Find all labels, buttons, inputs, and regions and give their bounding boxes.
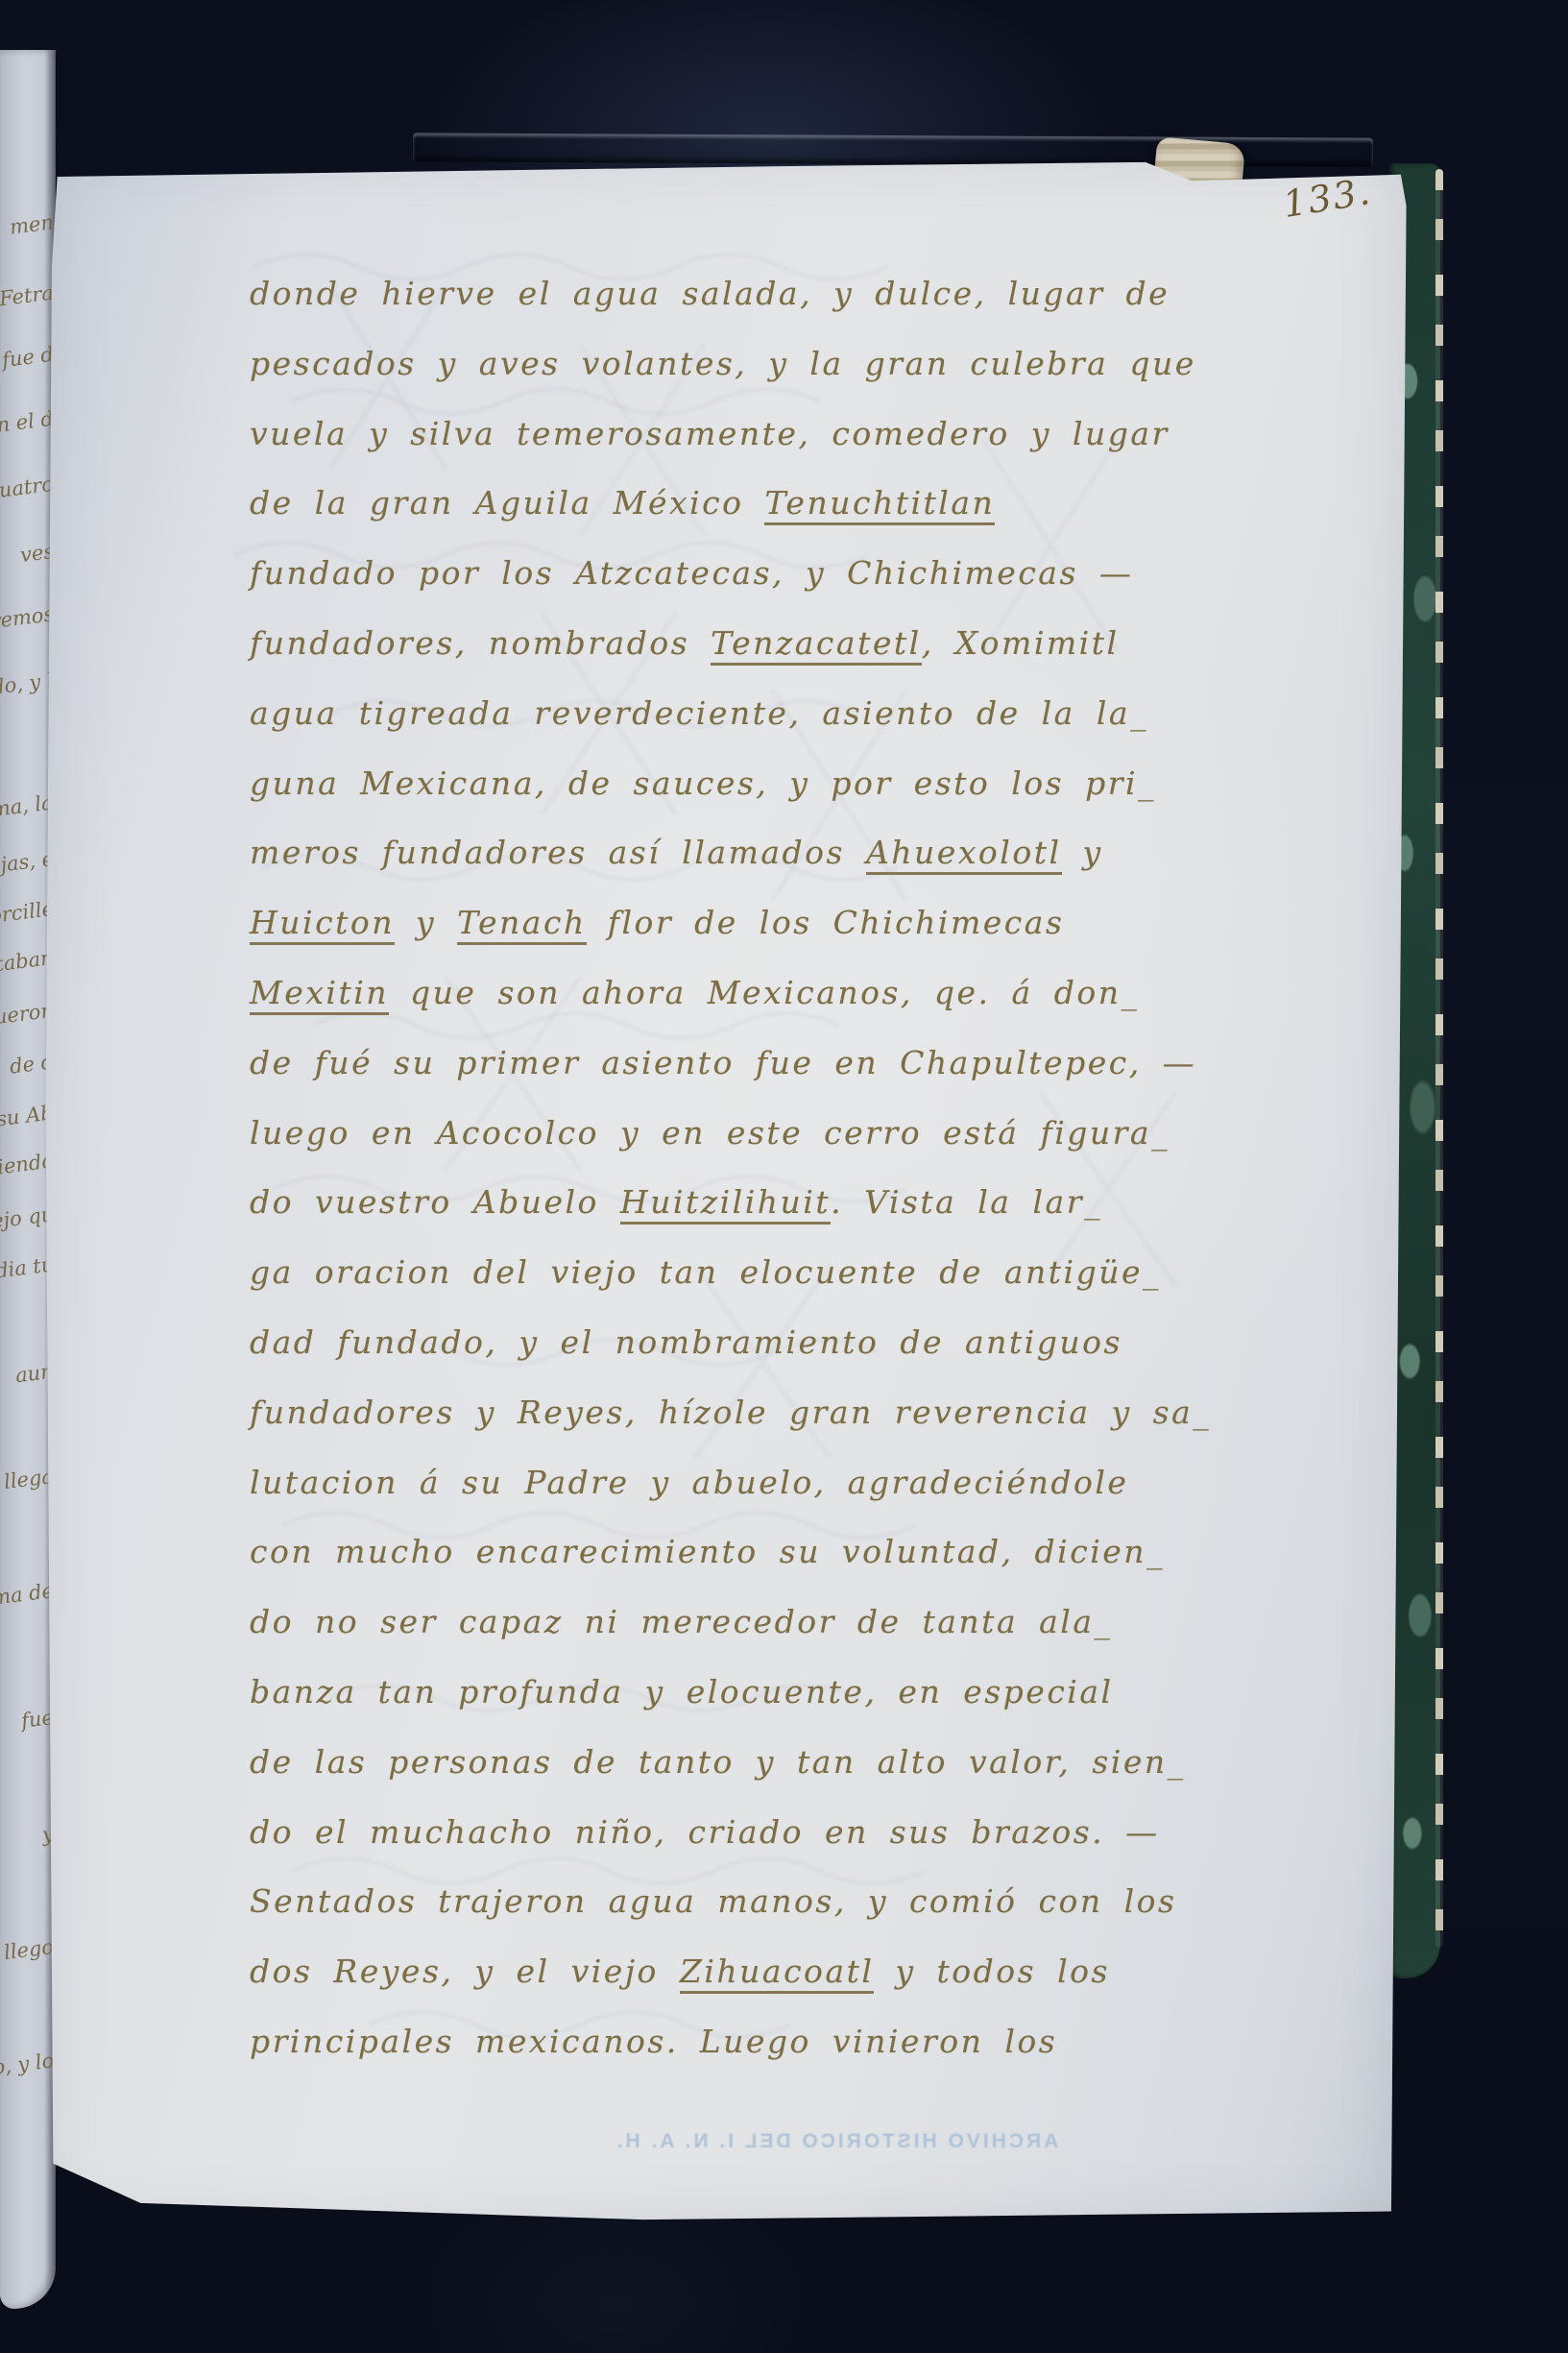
manuscript-line: pescados y aves volantes, y la gran cule… (250, 345, 1392, 415)
underlined-word: Ahuexolotl (866, 834, 1062, 875)
manuscript-line: do no ser capaz ni merecedor de tanta al… (250, 1603, 1392, 1673)
manuscript-line: dad fundado, y el nombramiento de antigu… (250, 1323, 1392, 1394)
manuscript-line: Sentados trajeron agua manos, y comió co… (250, 1882, 1392, 1953)
manuscript-line: do el muchacho niño, criado en sus brazo… (250, 1813, 1392, 1883)
edge-text-fragment: fue d (1, 343, 55, 372)
manuscript-line: lutacion á su Padre y abuelo, agradecién… (250, 1464, 1392, 1534)
manuscript-line: meros fundadores así llamados Ahuexolotl… (250, 834, 1392, 904)
manuscript-page: 133. donde hierve el agua salada, y dulc… (42, 152, 1408, 2230)
manuscript-line: do vuestro Abuelo Huitzilihuit. Vista la… (250, 1183, 1392, 1253)
edge-text-fragment: Fetra (0, 281, 55, 311)
edge-text-fragment: men (9, 210, 55, 238)
underlined-word: Tenzacatetl (711, 624, 922, 666)
edge-text-fragment: do, y l (0, 668, 55, 699)
manuscript-line: guna Mexicana, de sauces, y por esto los… (250, 764, 1392, 835)
manuscript-line: con mucho encarecimiento su voluntad, di… (250, 1533, 1392, 1603)
manuscript-line: de la gran Aguila México Tenuchtitlan (250, 484, 1392, 554)
underlined-word: Tenuchtitlan (764, 484, 995, 525)
text-block: donde hierve el agua salada, y dulce, lu… (250, 275, 1392, 2093)
manuscript-line: vuela y silva temerosamente, comedero y … (250, 415, 1392, 485)
manuscript-line: Huicton y Tenach flor de los Chichimecas (250, 904, 1392, 974)
edge-text-fragment: ma de (0, 1579, 55, 1610)
underlined-word: Huitzilihuit (620, 1183, 831, 1225)
manuscript-line: de las personas de tanto y tan alto valo… (250, 1743, 1392, 1813)
manuscript-line: de fué su primer asiento fue en Chapulte… (250, 1044, 1392, 1114)
manuscript-line: principales mexicanos. Luego vinieron lo… (250, 2023, 1392, 2093)
edge-text-fragment: dia tu (0, 1252, 55, 1282)
manuscript-line: fundado por los Atzcatecas, y Chichimeca… (250, 554, 1392, 624)
edge-text-fragment: llega (3, 1465, 55, 1493)
edge-text-fragment: ves (19, 540, 56, 567)
underlined-word: Huicton (250, 904, 395, 945)
edge-text-fragment: ejas, e (0, 847, 55, 878)
edge-text-fragment: fue (20, 1706, 55, 1733)
manuscript-line: Mexitin que son ahora Mexicanos, qe. á d… (250, 974, 1392, 1044)
manuscript-line: fundadores y Reyes, hízole gran reverenc… (250, 1394, 1392, 1464)
edge-text-fragment: orcille (0, 897, 55, 928)
underlined-word: Tenach (457, 904, 587, 945)
manuscript-line: ga oracion del viejo tan elocuente de an… (250, 1253, 1392, 1323)
underlined-word: Zihuacoatl (680, 1953, 875, 1994)
manuscript-line: agua tigreada reverdeciente, asiento de … (250, 694, 1392, 764)
edge-text-fragment: oma, la (0, 790, 55, 822)
manuscript-line: donde hierve el agua salada, y dulce, lu… (250, 275, 1392, 345)
edge-text-fragment: do, y lo (0, 2049, 55, 2080)
manuscript-line: banza tan profunda y elocuente, en espec… (250, 1673, 1392, 1743)
edge-text-fragment: dremos (0, 602, 55, 634)
edge-text-fragment: cuatro (0, 473, 55, 503)
archive-stamp-bleedthrough: ARCHIVO HISTORICO DEL I. N. A. H. (611, 2130, 1062, 2153)
manuscript-line: luego en Acocolco y en este cerro está f… (250, 1114, 1392, 1184)
manuscript-line: fundadores, nombrados Tenzacatetl, Xomim… (250, 624, 1392, 694)
edge-text-fragment: llego (3, 1935, 55, 1964)
edge-text-fragment: en el d (0, 407, 55, 439)
underlined-word: Mexitin (250, 974, 389, 1015)
photographed-manuscript-scene: menFetrafue den el dcuatrovesdremosdo, y… (0, 0, 1568, 2353)
manuscript-line: dos Reyes, y el viejo Zihuacoatl y todos… (250, 1953, 1392, 2023)
